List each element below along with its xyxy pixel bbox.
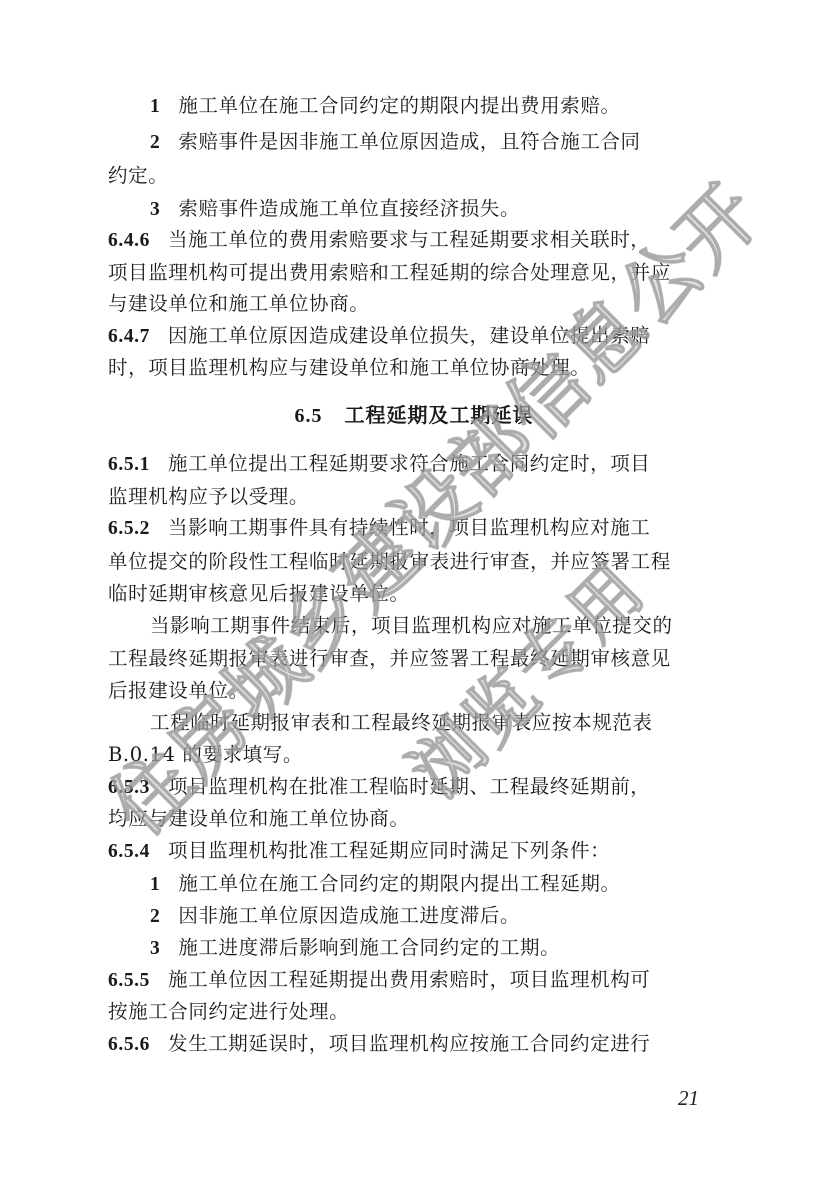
text-line: 临时延期审核意见后报建设单位。 bbox=[108, 582, 720, 606]
list-item: 3施工进度滞后影响到施工合同约定的工期。 bbox=[150, 936, 762, 961]
text-line: 项目监理机构可提出费用索赔和工程延期的综合处理意见，并应 bbox=[108, 261, 720, 285]
text-line: 均应与建设单位和施工单位协商。 bbox=[108, 807, 720, 831]
text-line: 按施工合同约定进行处理。 bbox=[108, 1000, 720, 1024]
clause: 6.5.4项目监理机构批准工程延期应同时满足下列条件： bbox=[108, 839, 720, 864]
text-line: B.0.14 的要求填写。 bbox=[108, 743, 720, 767]
list-item: 1施工单位在施工合同约定的期限内提出工程延期。 bbox=[150, 872, 762, 897]
document-page: 1施工单位在施工合同约定的期限内提出费用索赔。 2索赔事件是因非施工单位原因造成… bbox=[0, 0, 828, 1198]
clause: 6.5.3项目监理机构在批准工程临时延期、工程最终延期前， bbox=[108, 775, 720, 800]
clause: 6.5.5施工单位因工程延期提出费用索赔时，项目监理机构可 bbox=[108, 968, 720, 993]
text-line: 工程最终延期报审表进行审查，并应签署工程最终延期审核意见 bbox=[108, 647, 720, 671]
clause: 6.5.2当影响工期事件具有持续性时，项目监理机构应对施工 bbox=[108, 516, 720, 541]
list-item: 2索赔事件是因非施工单位原因造成，且符合施工合同 bbox=[150, 130, 762, 155]
clause: 6.5.1施工单位提出工程延期要求符合施工合同约定时，项目 bbox=[108, 452, 720, 477]
page-number: 21 bbox=[678, 1086, 699, 1111]
list-item: 3索赔事件造成施工单位直接经济损失。 bbox=[150, 197, 762, 222]
text-line: 与建设单位和施工单位协商。 bbox=[108, 292, 720, 316]
text-line: 时，项目监理机构应与建设单位和施工单位协商处理。 bbox=[108, 356, 720, 380]
paragraph: 当影响工期事件结束后，项目监理机构应对施工单位提交的 bbox=[150, 614, 762, 638]
section-heading: 6.5工程延期及工期延误 bbox=[0, 403, 828, 428]
clause: 6.5.6发生工期延误时，项目监理机构应按施工合同约定进行 bbox=[108, 1032, 720, 1057]
text-line: 监理机构应予以受理。 bbox=[108, 485, 720, 509]
paragraph: 工程临时延期报审表和工程最终延期报审表应按本规范表 bbox=[150, 711, 762, 735]
clause: 6.4.7因施工单位原因造成建设单位损失，建设单位提出索赔 bbox=[108, 324, 720, 349]
text-line: 约定。 bbox=[108, 164, 720, 188]
text-line: 后报建设单位。 bbox=[108, 679, 720, 703]
text-line: 单位提交的阶段性工程临时延期报审表进行审查，并应签署工程 bbox=[108, 550, 720, 574]
clause: 6.4.6当施工单位的费用索赔要求与工程延期要求相关联时， bbox=[108, 228, 720, 253]
list-item: 2因非施工单位原因造成施工进度滞后。 bbox=[150, 904, 762, 929]
list-item: 1施工单位在施工合同约定的期限内提出费用索赔。 bbox=[150, 94, 762, 119]
